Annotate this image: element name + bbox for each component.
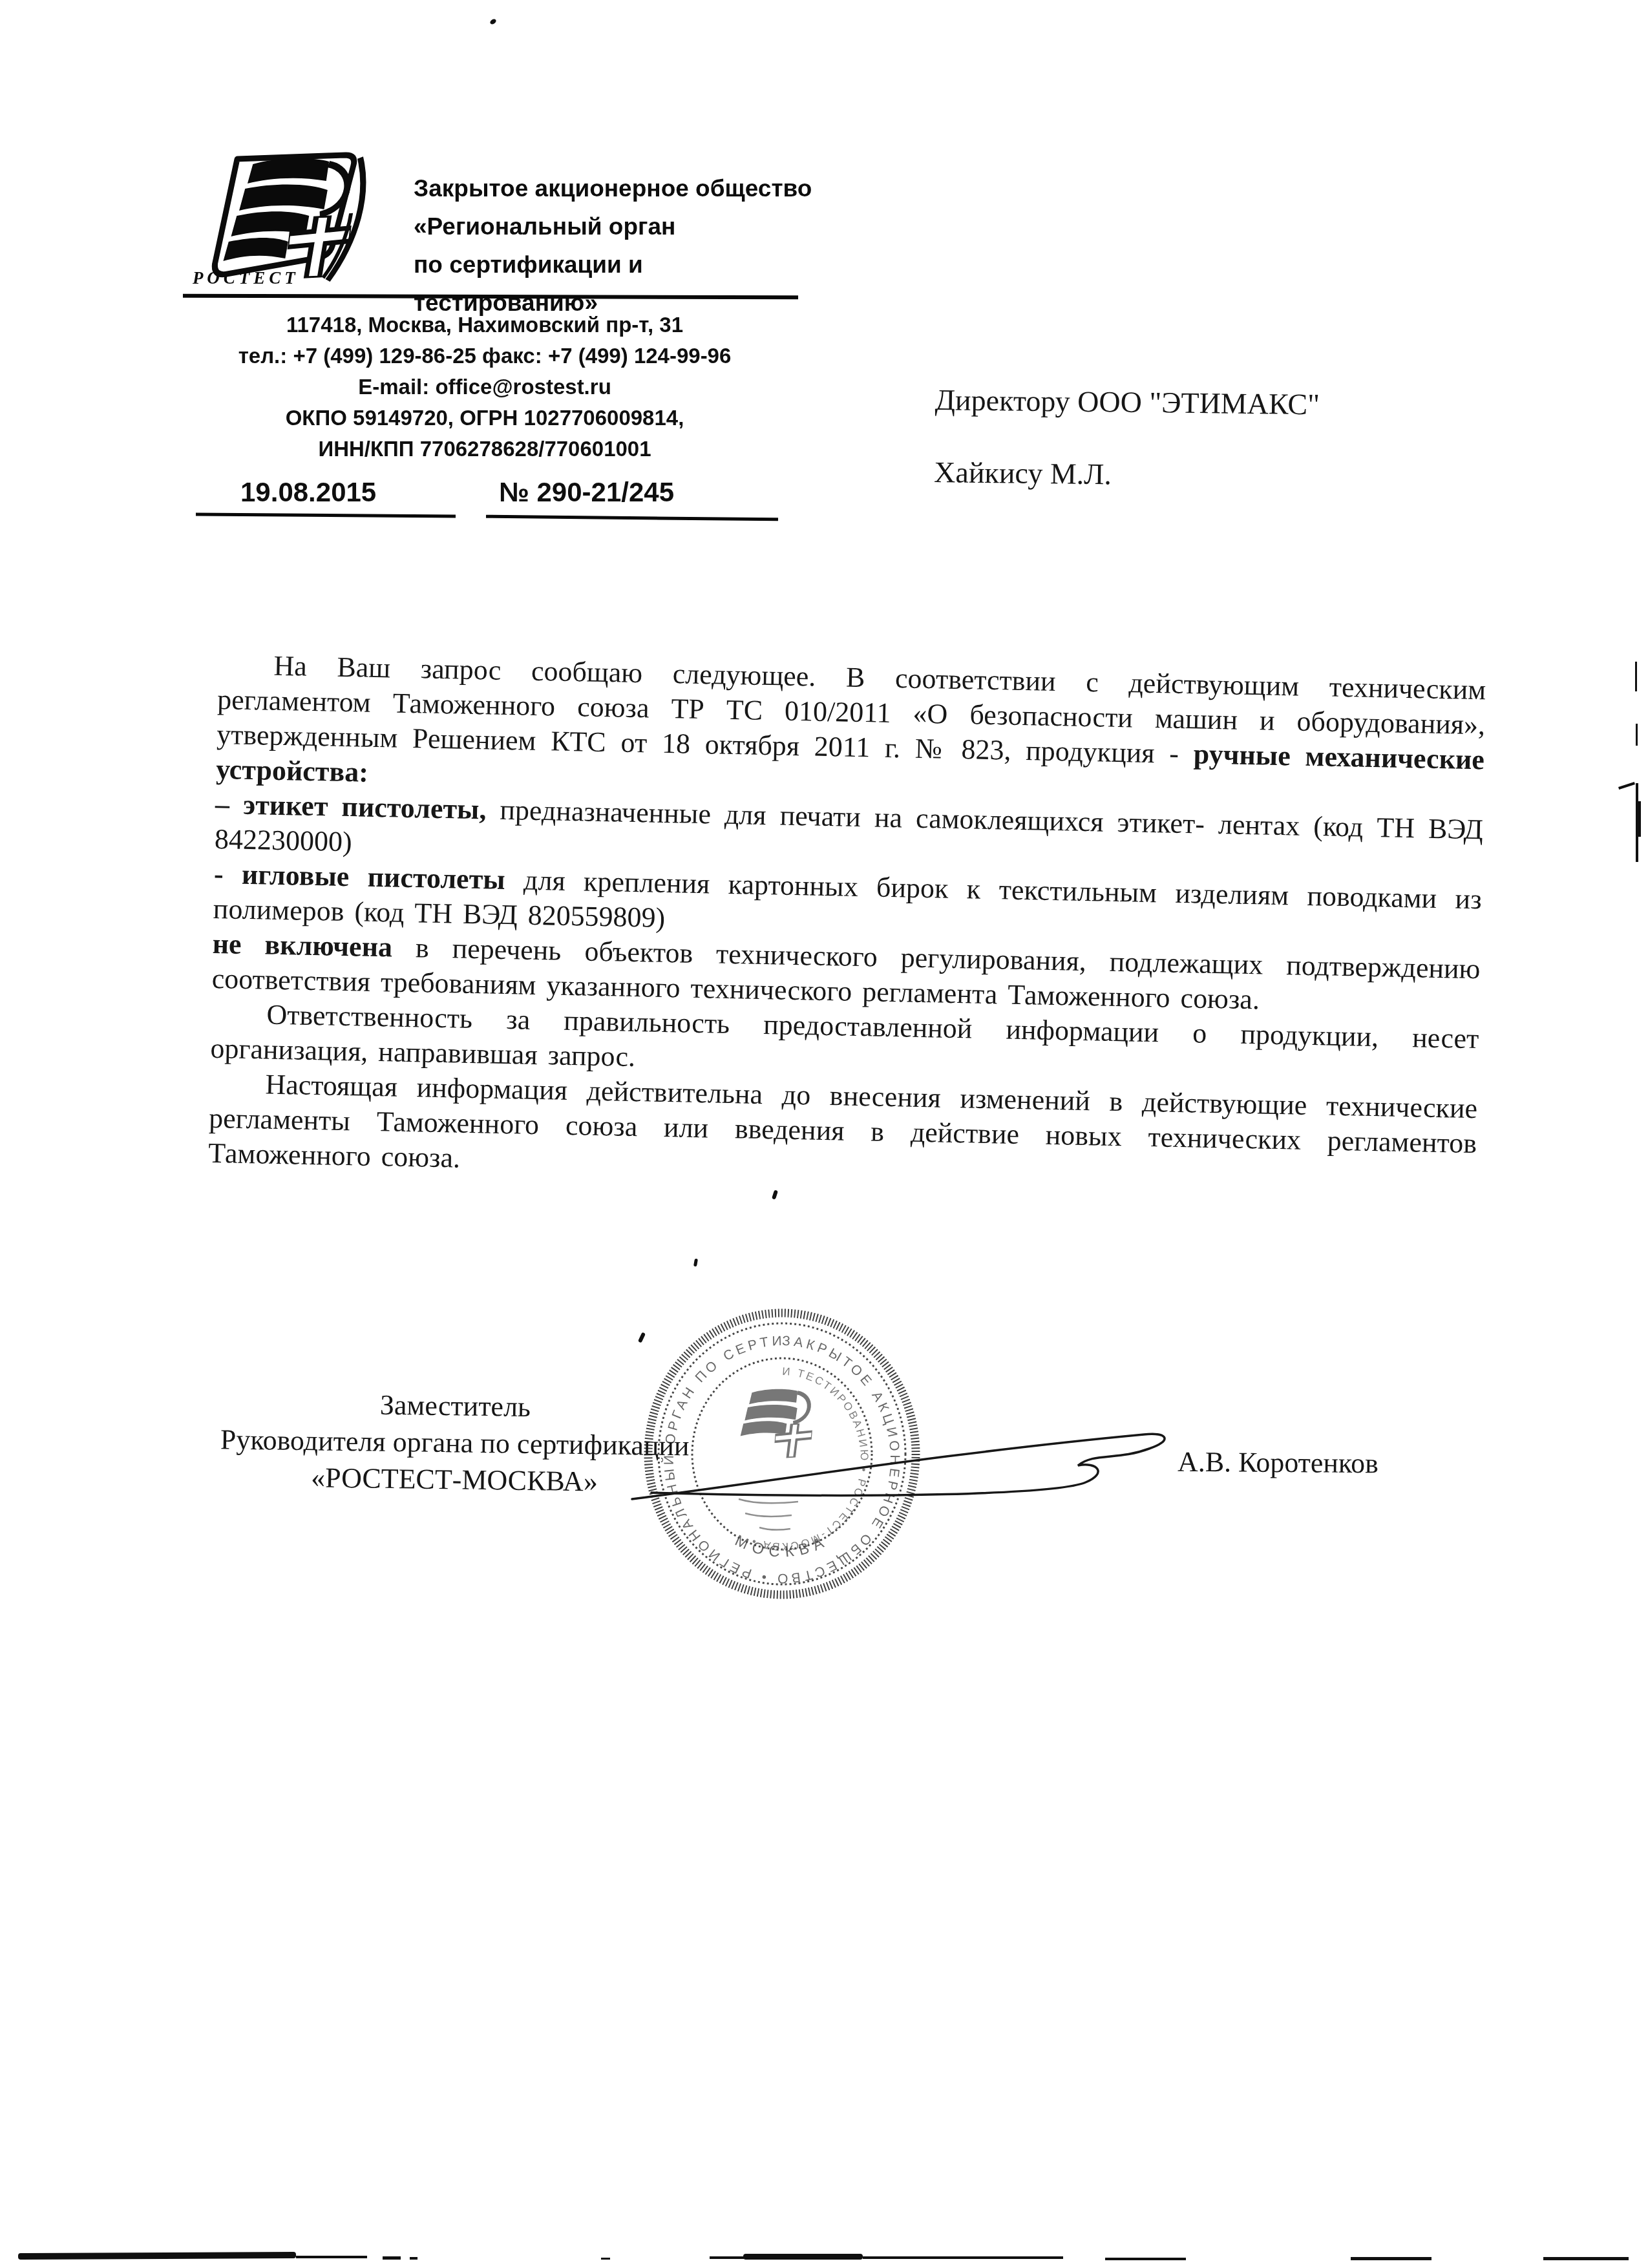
- handwritten-signature: [614, 1402, 1196, 1531]
- document-page: РОСТЕСТ Закрытое акционерное общество «Р…: [0, 0, 1648, 2268]
- recipient-name: Хайкису М.Л.: [934, 455, 1387, 495]
- scan-edge-mark: [1637, 801, 1641, 837]
- svg-text:МОСКВА: МОСКВА: [732, 1532, 832, 1561]
- address-line: ОКПО 59149720, ОГРН 1027706009814,: [162, 403, 808, 434]
- scan-bottom-line: [743, 2254, 863, 2260]
- scan-bottom-line: [383, 2256, 401, 2260]
- logo-caption: РОСТЕСТ: [192, 268, 299, 288]
- scan-speck: [693, 1259, 698, 1267]
- scan-speck: [489, 18, 497, 25]
- address-line: тел.: +7 (499) 129-86-25 факс: +7 (499) …: [162, 341, 808, 372]
- org-line: Закрытое акционерное общество: [414, 169, 827, 207]
- address-line: ИНН/КПП 7706278628/770601001: [162, 434, 808, 465]
- letter-date: 19.08.2015: [240, 477, 376, 508]
- scan-edge-mark: [1618, 782, 1635, 790]
- date-underline: [196, 513, 456, 518]
- ref-underline: [486, 515, 778, 521]
- recipient-title: Директору ООО "ЭТИМАКС": [935, 383, 1388, 423]
- body-text: На Ваш запрос сообщаю следующее. В соотв…: [208, 647, 1486, 1196]
- scan-bottom-line: [1543, 2257, 1629, 2260]
- scan-bottom-line: [18, 2252, 296, 2260]
- scan-bottom-line: [296, 2256, 367, 2258]
- letterhead-divider: [183, 294, 798, 299]
- scan-bottom-line: [1351, 2257, 1431, 2260]
- signatory-name: А.В. Коротенков: [1178, 1445, 1379, 1480]
- org-line: «Региональный орган: [414, 207, 827, 246]
- letter-ref-number: № 290-21/245: [499, 477, 674, 508]
- recipient-block: Директору ООО "ЭТИМАКС" Хайкису М.Л.: [934, 383, 1388, 495]
- stamp-city-text: МОСКВА: [732, 1532, 832, 1561]
- rostest-logo: РОСТЕСТ: [189, 150, 366, 289]
- address-line: 117418, Москва, Нахимовский пр-т, 31: [162, 310, 808, 341]
- scan-bottom-line: [863, 2256, 1063, 2259]
- scan-bottom-line: [1105, 2258, 1186, 2260]
- scan-edge-mark: [1635, 662, 1637, 691]
- org-address-block: 117418, Москва, Нахимовский пр-т, 31 тел…: [162, 310, 808, 465]
- scan-speck: [772, 1190, 778, 1199]
- scan-bottom-line: [601, 2258, 610, 2260]
- scan-edge-mark: [1636, 724, 1638, 746]
- scan-bottom-line: [410, 2257, 417, 2260]
- address-line: E-mail: office@rostest.ru: [162, 372, 808, 403]
